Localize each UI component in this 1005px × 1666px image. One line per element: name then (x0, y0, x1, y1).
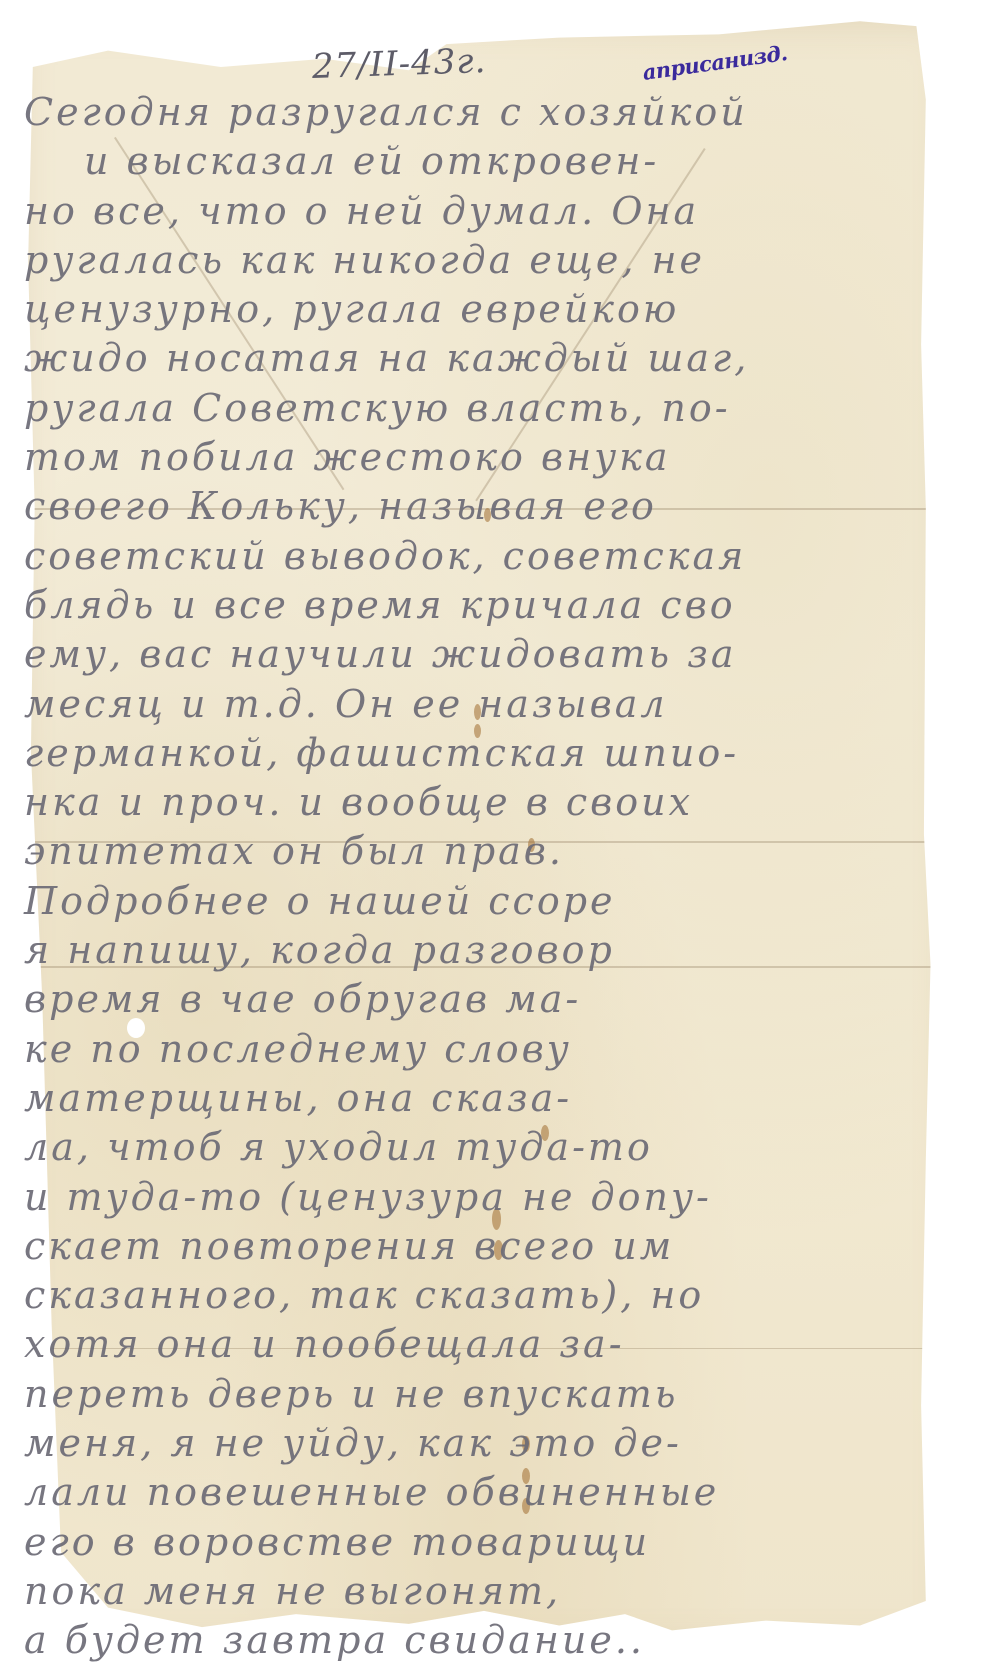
letter-line: и высказал ей откровен- (24, 137, 934, 186)
letter-line: ценузурно, ругала еврейкою (24, 285, 934, 334)
letter-line: переть дверь и не впускать (24, 1370, 934, 1419)
letter-line: но все, что о ней думал. Она (24, 187, 934, 236)
letter-line: Подробнее о нашей ссоре (24, 877, 934, 926)
letter-line: его в воровстве товарищи (24, 1518, 934, 1567)
letter-line: месяц и т.д. Он ее называл (24, 680, 934, 729)
letter-line: нка и проч. и вообще в своих (24, 778, 934, 827)
letter-line: сказанного, так сказать), но (24, 1271, 934, 1320)
letter-line: время в чае обругав ма- (24, 975, 934, 1024)
letter-line: хотя она и пообещала за- (24, 1320, 934, 1369)
letter-line: ке по последнему слову (24, 1025, 934, 1074)
letter-line: ругалась как никогда еще, не (24, 236, 934, 285)
letter-line: ему, вас научили жидовать за (24, 630, 934, 679)
letter-line: пока меня не выгонят, (24, 1567, 934, 1616)
letter-line: советский выводок, советская (24, 532, 934, 581)
letter-date: 27/II-43г. (311, 41, 487, 87)
letter-line: лали повешенные обвиненные (24, 1468, 934, 1517)
letter-line: я напишу, когда разговор (24, 926, 934, 975)
letter-line: скает повторения всего им (24, 1222, 934, 1271)
letter-body: Сегодня разругался с хозяйкой и высказал… (24, 88, 934, 1666)
letter-line: своего Кольку, называя его (24, 482, 934, 531)
letter-line: и туда-то (ценузура не допу- (24, 1173, 934, 1222)
letter-line: том побила жестоко внука (24, 433, 934, 482)
letter-line: блядь и все время кричала сво (24, 581, 934, 630)
letter-line: ла, чтоб я уходил туда-то (24, 1123, 934, 1172)
letter-line: эпитетах он был прав. (24, 827, 934, 876)
letter-line: ругала Советскую власть, по- (24, 384, 934, 433)
letter-line: матерщины, она сказа- (24, 1074, 934, 1123)
letter-line: жидо носатая на каждый шаг, (24, 334, 934, 383)
letter-line: а будет завтра свидание.. (24, 1616, 934, 1665)
letter-line: Сегодня разругался с хозяйкой (24, 88, 934, 137)
letter-line: меня, я не уйду, как это де- (24, 1419, 934, 1468)
letter-line: германкой, фашистская шпио- (24, 729, 934, 778)
